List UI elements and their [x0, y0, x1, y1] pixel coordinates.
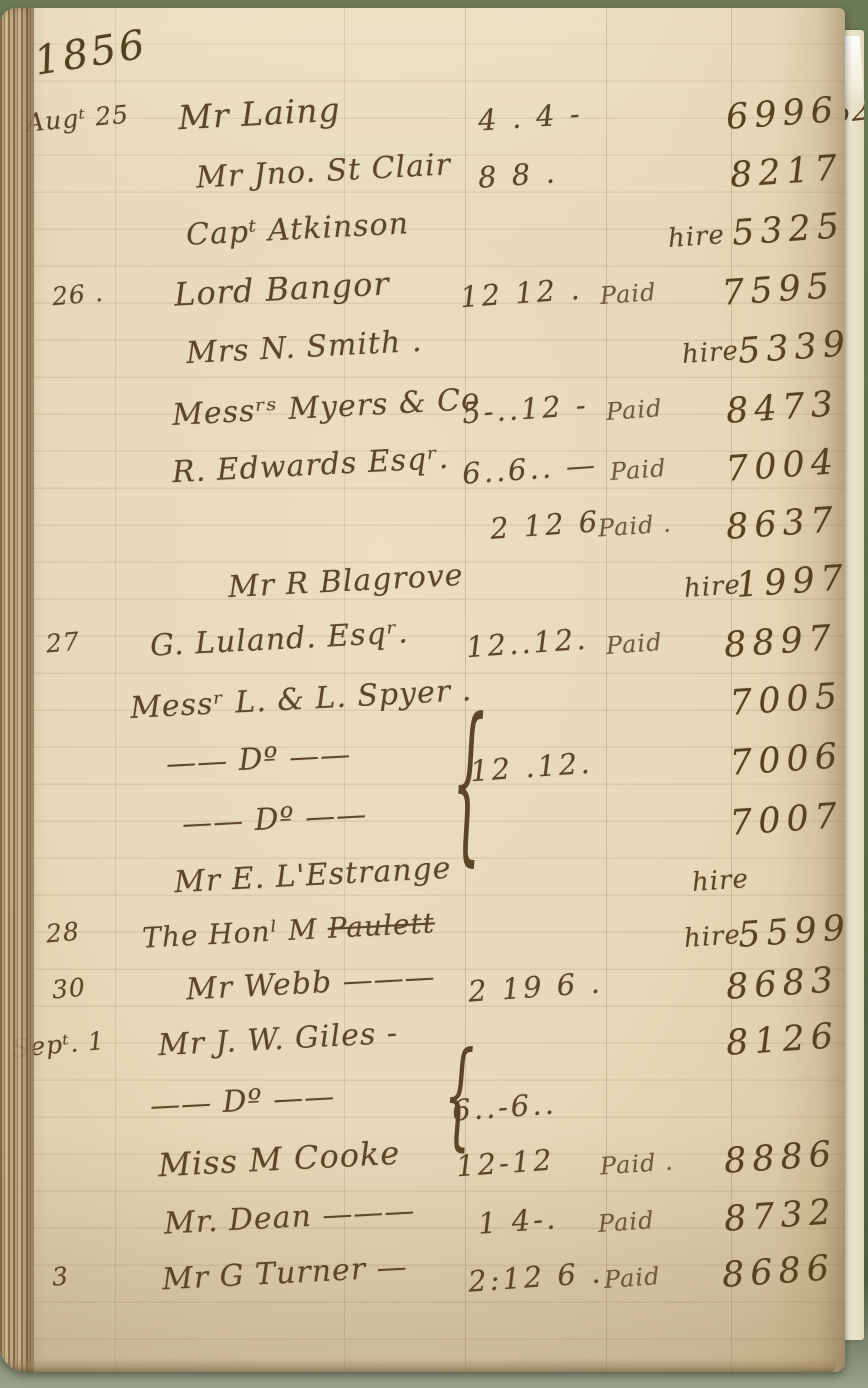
- entry-amount: 5-..12 -: [461, 388, 590, 431]
- entry-name: Mr Laing: [177, 90, 341, 137]
- entry-amount: 4 . 4 -: [477, 96, 584, 137]
- entry-name: Miss M Cooke: [157, 1134, 401, 1185]
- entry-number: 7007: [729, 796, 845, 844]
- entry-amount: 1 4-.: [477, 1201, 559, 1241]
- entry-amount: 6..6.. —: [461, 447, 599, 490]
- entry-amount: 12-12: [455, 1143, 556, 1184]
- entry-amount: 2 12 6: [489, 504, 601, 546]
- hire-label: hire: [667, 220, 726, 254]
- entry-name: Mrs N. Smith .: [185, 324, 423, 371]
- paid-label: Paid: [605, 628, 663, 660]
- entry-number: 1997: [735, 558, 845, 606]
- entry-name: Messʳ L. & L. Spyer .: [129, 673, 473, 726]
- entry-number: 8637: [725, 500, 841, 548]
- column-rule-margin: [115, 8, 116, 1372]
- entry-amount: 8 8 .: [477, 155, 559, 194]
- entry-number: 7005: [729, 676, 845, 724]
- ledger-photo: { "page": { "year": "1856", "next_page_n…: [0, 0, 868, 1388]
- hire-label: hire: [683, 920, 742, 954]
- hire-label: hire: [683, 570, 742, 604]
- hire-label: hire: [691, 864, 750, 898]
- entry-name-struck: Paulett: [327, 906, 436, 945]
- entry-date: 3: [51, 1261, 70, 1291]
- page-bottom-edge: [6, 1358, 836, 1372]
- entry-name: Mr J. W. Giles -: [157, 1016, 399, 1064]
- entry-name: The Honˡ M Paulett: [141, 906, 435, 954]
- paid-label: Paid: [599, 278, 657, 310]
- entry-amount: 12 .12.: [469, 746, 594, 788]
- entry-number: 7006: [729, 736, 845, 784]
- entry-date: 27: [45, 627, 81, 659]
- entry-name: G. Luland. Esqʳ.: [149, 615, 409, 663]
- entry-number: 8897: [723, 618, 839, 666]
- entry-name: Mr G Turner —: [161, 1250, 408, 1298]
- paid-label: Paid .: [597, 509, 672, 542]
- entry-number: 8886: [723, 1134, 839, 1182]
- entry-date: 26 .: [51, 278, 105, 311]
- entry-name: Mr E. L'Estrange: [173, 851, 452, 900]
- entry-name: —— Dº ——: [149, 1079, 336, 1124]
- paid-label: Paid: [597, 1206, 655, 1238]
- entry-number: 8217: [729, 148, 845, 196]
- entry-amount: 2 19 6 .: [467, 965, 604, 1008]
- entry-date: 30: [51, 973, 87, 1005]
- paid-label: Paid: [603, 1262, 661, 1294]
- entry-number: 5325: [731, 206, 845, 254]
- paid-label: Paid: [609, 454, 667, 486]
- entry-number: 5599: [737, 908, 845, 956]
- entry-amount: 12..12.: [465, 622, 590, 664]
- entry-number: 8732: [723, 1192, 839, 1240]
- entry-number: 8126: [725, 1016, 841, 1064]
- entry-amount: 12 12 .: [459, 272, 584, 314]
- book-spine: [0, 8, 34, 1372]
- entry-name: R. Edwards Esqʳ.: [171, 441, 450, 490]
- entry-name: Capᵗ Atkinson: [185, 206, 410, 253]
- paid-label: Paid: [605, 394, 663, 426]
- entry-amount: 2:12 6 .: [467, 1255, 604, 1298]
- entry-number: 7595: [721, 266, 837, 314]
- entry-name: —— Dº ——: [165, 737, 352, 782]
- year-label: 1856: [31, 21, 151, 84]
- ledger-page: 1856 Augᵗ 25 Mr Laing 4 . 4 - 6996 Mr Jn…: [0, 8, 845, 1372]
- paid-label: Paid .: [599, 1147, 674, 1180]
- group-brace: {: [452, 686, 485, 884]
- entry-number: 5339: [737, 324, 845, 372]
- entry-name: Mr. Dean ———: [163, 1193, 416, 1241]
- hire-label: hire: [681, 336, 740, 370]
- entry-name: Messʳˢ Myers & Co: [171, 382, 481, 433]
- entry-name: Mr Jno. St Clair: [195, 147, 452, 195]
- group-brace: {: [444, 1030, 475, 1163]
- entry-name: Mr R Blagrove: [227, 558, 464, 605]
- entry-name-kept: The Honˡ M: [141, 912, 328, 955]
- entry-number: 6996: [725, 90, 841, 138]
- entry-name: Lord Bangor: [173, 264, 390, 313]
- entry-number: 8686: [721, 1248, 837, 1296]
- entry-name: —— Dº ——: [181, 797, 368, 842]
- entry-number: 8473: [725, 384, 841, 432]
- entry-number: 8683: [725, 960, 841, 1008]
- entry-number: 7004: [725, 442, 841, 490]
- entry-date: 28: [45, 917, 81, 949]
- entry-name: Mr Webb ———: [185, 959, 436, 1007]
